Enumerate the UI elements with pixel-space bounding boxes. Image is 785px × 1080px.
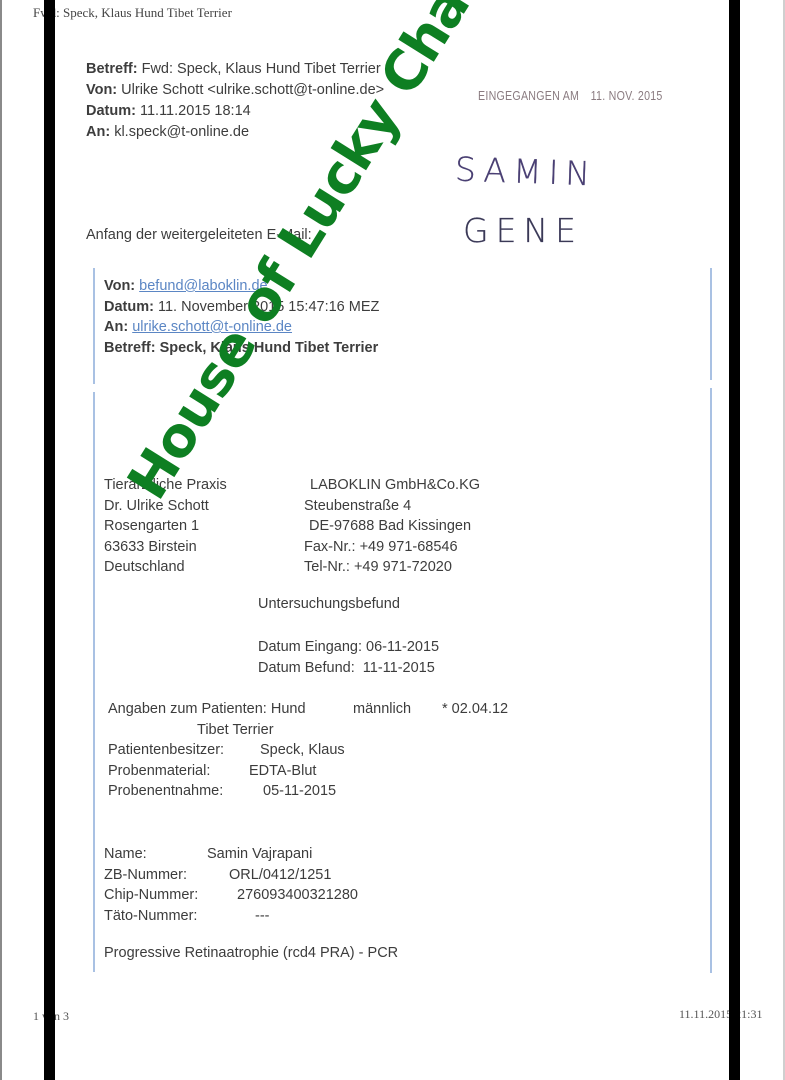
patient-species: Hund xyxy=(271,701,306,717)
dog-chip-number: 276093400321280 xyxy=(237,885,358,906)
quote-border-right xyxy=(710,268,712,380)
patient-birth: * 02.04.12 xyxy=(442,699,508,720)
dog-tattoo-number: --- xyxy=(255,906,270,927)
dog-info: Name:Samin Vajrapani ZB-Nummer:ORL/0412/… xyxy=(104,844,198,926)
quote-border-left xyxy=(93,392,95,972)
handwritten-note-1: SAMIN xyxy=(454,150,597,194)
patient-info: Angaben zum Patienten: Hund männlich * 0… xyxy=(108,699,306,802)
patient-sex: männlich xyxy=(353,699,411,720)
email-subject: Fwd: Speck, Klaus Hund Tibet Terrier xyxy=(142,61,381,77)
handwritten-note-2: GENE xyxy=(463,211,583,250)
footer-print-date: 11.11.2015 21:31 xyxy=(679,1007,762,1022)
email-date: 11.11.2015 18:14 xyxy=(140,103,251,119)
lab-address: LABOKLIN GmbH&Co.KG Steubenstraße 4 DE-9… xyxy=(304,475,480,578)
redaction-bar-right xyxy=(729,0,740,1080)
print-header-title: Fwd: Speck, Klaus Hund Tibet Terrier xyxy=(33,5,232,21)
dog-name: Samin Vajrapani xyxy=(207,844,312,865)
quote-border-left xyxy=(93,268,95,384)
received-stamp: EINGEGANGEN AM11. NOV. 2015 xyxy=(478,88,663,103)
email-subject-row: Betreff: Fwd: Speck, Klaus Hund Tibet Te… xyxy=(86,59,384,80)
email-from: Ulrike Schott <ulrike.schott@t-online.de… xyxy=(121,82,384,98)
received-date: 06-11-2015 xyxy=(366,639,439,655)
patient-owner: Speck, Klaus xyxy=(260,740,345,761)
email-from-row: Von: Ulrike Schott <ulrike.schott@t-onli… xyxy=(86,80,384,101)
patient-breed: Tibet Terrier xyxy=(197,720,274,741)
quote-border-right xyxy=(710,388,712,973)
patient-material: EDTA-Blut xyxy=(249,761,316,782)
test-name: Progressive Retinaatrophie (rcd4 PRA) - … xyxy=(104,945,398,961)
result-date: 11-11-2015 xyxy=(363,660,435,676)
scan-edge-left xyxy=(0,0,2,1080)
email-to: kl.speck@t-online.de xyxy=(114,124,249,140)
report-dates: Datum Eingang: 06-11-2015 Datum Befund: … xyxy=(258,637,439,678)
dog-zb-number: ORL/0412/1251 xyxy=(229,865,331,886)
report-title: Untersuchungsbefund xyxy=(258,596,400,612)
patient-sampled: 05-11-2015 xyxy=(263,781,336,802)
redaction-bar-left xyxy=(44,0,55,1080)
